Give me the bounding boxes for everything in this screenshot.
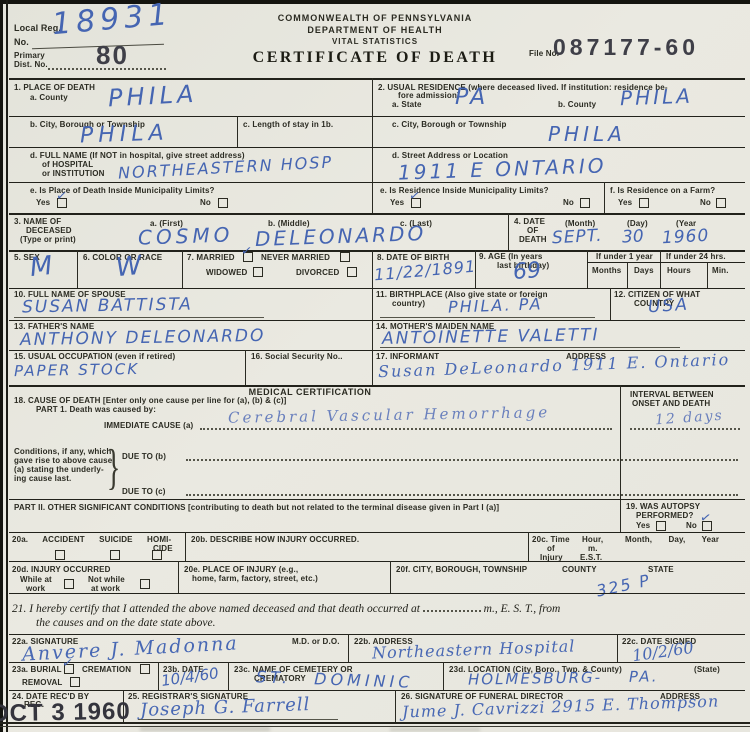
rule (372, 288, 373, 320)
primary-dist-number-stamp: 80 (96, 40, 129, 71)
residence-county-label: b. County (558, 100, 596, 110)
certify-statement-text-b: m., E. S. T., from (484, 603, 561, 615)
rule (9, 116, 372, 117)
injury-city-label: 20f. CITY, BOROUGH, TOWNSHIP (396, 565, 527, 575)
place-of-injury-label-2: home, farm, factory, street, etc.) (192, 574, 318, 584)
due-to-c-line (186, 494, 738, 496)
rule (660, 250, 661, 288)
part1-label: PART 1. Death was caused by: (36, 405, 156, 415)
department-line: DEPARTMENT OF HEALTH (307, 25, 442, 36)
birthplace-label-2: country) (392, 299, 425, 309)
yes-label: Yes (618, 198, 632, 208)
no-label: No (563, 198, 574, 208)
father-name-value: ANTHONY DELEONARDO (20, 326, 266, 350)
rule (158, 662, 159, 690)
rule (138, 719, 338, 720)
never-married-label: NEVER MARRIED (261, 253, 330, 263)
accident-suicide-homicide-label: 20a. ACCIDENT SUICIDE HOMI- (12, 535, 171, 545)
checkbox-while-at-work (64, 579, 74, 589)
last-name-value: DELEONARDO (255, 221, 427, 251)
name-of-deceased-label-3: (Type or print) (20, 235, 76, 245)
rule (373, 182, 745, 183)
checkbox-homicide (152, 550, 162, 560)
rule (9, 593, 745, 594)
rule (77, 250, 78, 288)
yes-label: Yes (36, 198, 50, 208)
dist-no-label: Dist. No. (14, 60, 48, 70)
rule (373, 116, 745, 117)
yes-label: Yes (636, 521, 650, 531)
checkbox-residence-municipality-no (580, 198, 590, 208)
rule (9, 690, 745, 691)
burial-label: 23a. BURIAL (12, 665, 62, 675)
no-label: No (686, 521, 697, 531)
min-label: Min. (712, 266, 729, 276)
rule (228, 662, 229, 690)
checkbox-place-municipality-no (218, 198, 228, 208)
immediate-cause-value: Cerebral Vascular Hemorrhage (228, 403, 550, 427)
place-county-value: PHILA (107, 80, 198, 113)
md-or-do-label: M.D. or D.O. (292, 637, 340, 647)
rule (9, 78, 745, 80)
months-label: Months (592, 266, 621, 276)
rule (348, 634, 349, 662)
rule (380, 347, 680, 348)
rule (443, 662, 444, 690)
no-label: No (200, 198, 211, 208)
color-or-race-value: W (115, 251, 144, 284)
rule (185, 532, 186, 561)
rule (9, 288, 745, 289)
rule (9, 662, 745, 663)
rule (372, 78, 373, 213)
rule (9, 320, 745, 321)
residence-municipality-question: e. Is Residence Inside Municipality Limi… (380, 186, 549, 196)
residence-farm-question: f. Is Residence on a Farm? (610, 186, 715, 196)
place-city-value: PHILA (80, 120, 169, 148)
checkbox-suicide (110, 550, 120, 560)
immediate-cause-label: IMMEDIATE CAUSE (a) (104, 421, 193, 431)
certify-statement-line-1: 21. I hereby certify that I attended the… (12, 600, 560, 617)
rule (245, 350, 246, 385)
cemetery-value: ST. DOMINIC (256, 667, 414, 691)
mother-maiden-name-value: ANTOINETTE VALETTI (382, 325, 600, 349)
rule (373, 147, 745, 148)
rule (610, 288, 611, 320)
residence-county-value: PHILA (620, 84, 694, 111)
rule (604, 182, 605, 213)
file-no-stamp: 087177-60 (553, 34, 699, 61)
rule (9, 213, 745, 215)
scan-left-edge (0, 0, 3, 732)
stamp-residue (140, 727, 270, 731)
checkbox-divorced (347, 267, 357, 277)
citizen-value: USA (647, 295, 689, 318)
age-value: 69 (512, 258, 542, 285)
yes-label: Yes (390, 198, 404, 208)
place-of-death-title: 1. PLACE OF DEATH (14, 83, 95, 93)
month-day-year-label: Month, Day, Year (625, 535, 719, 545)
date-of-death-label-3: DEATH (519, 235, 547, 245)
rule (617, 634, 618, 662)
conditions-note-4: ing cause last. (14, 474, 71, 484)
rule (9, 532, 745, 533)
cemetery-location-state-label: (State) (694, 665, 720, 675)
due-to-b-label: DUE TO (b) (122, 452, 166, 462)
registrar-signature-value: Joseph G. Farrell (140, 694, 311, 721)
immediate-cause-line (200, 428, 612, 430)
cremation-label: CREMATION (82, 665, 131, 675)
checkbox-accident (55, 550, 65, 560)
checkbox-cremation (140, 664, 150, 674)
spouse-name-value: SUSAN BATTISTA (22, 295, 193, 318)
describe-injury-label: 20b. DESCRIBE HOW INJURY OCCURRED. (191, 535, 359, 545)
rule (182, 250, 183, 288)
certify-statement-line-2: the causes and on the date state above. (36, 616, 216, 631)
birthplace-value: PHILA. PA (448, 294, 543, 316)
hours-label: Hours (667, 266, 691, 276)
checkbox-not-while-at-work (140, 579, 150, 589)
sex-value: M (28, 251, 53, 283)
checkmark: ✓ (240, 243, 253, 259)
under-1-year-label: If under 1 year (596, 252, 653, 262)
checkmark: ✓ (55, 188, 68, 204)
due-to-b-line (186, 459, 738, 461)
due-to-c-label: DUE TO (c) (122, 487, 166, 497)
checkbox-widowed (253, 267, 263, 277)
checkmark: ✓ (61, 655, 74, 671)
autopsy-label-2: PERFORMED? (636, 511, 694, 521)
rule (178, 561, 179, 593)
married-label: 7. MARRIED (187, 253, 235, 263)
interval-label-2: ONSET AND DEATH (632, 399, 710, 409)
death-year-value: 1960 (662, 226, 710, 248)
rule (0, 726, 750, 727)
occupation-value: PAPER STOCK (14, 360, 139, 380)
rule (508, 213, 509, 250)
ssn-label: 16. Social Security No.. (251, 352, 343, 362)
interval-line (630, 428, 740, 430)
local-reg-no-label: No. (14, 37, 29, 48)
length-of-stay-label: c. Length of stay in 1b. (243, 120, 333, 130)
rule (627, 262, 628, 288)
checkbox-removal (70, 677, 80, 687)
rule (237, 116, 238, 147)
rule (9, 499, 745, 500)
rule (14, 317, 264, 318)
brace-decoration: } (107, 436, 121, 499)
hospital-name-label-3: or INSTITUTION (42, 169, 105, 179)
under-24-hrs-label: If under 24 hrs. (666, 252, 726, 262)
rule (9, 350, 745, 351)
death-certificate-scan: Local Reg. No. 18931 Primary Dist. No. 8… (0, 0, 750, 732)
scan-left-edge-2 (6, 0, 8, 732)
injury-occurred-label: 20d. INJURY OCCURRED (12, 565, 111, 575)
death-month-value: SEPT. (552, 226, 604, 249)
time-of-death-written: 325 P (595, 570, 653, 600)
rule (9, 147, 372, 148)
part2-label: PART II. OTHER SIGNIFICANT CONDITIONS [c… (14, 503, 499, 513)
rule (0, 722, 750, 724)
rule (9, 182, 372, 183)
place-county-label: a. County (30, 93, 68, 103)
checkbox-farm-yes (639, 198, 649, 208)
rule (528, 532, 529, 561)
residence-city-value: PHILA (548, 122, 626, 146)
cemetery-location-value: HOLMESBURG- PA. (468, 667, 659, 688)
residence-city-label: c. City, Borough or Township (392, 120, 507, 130)
death-day-value: 30 (621, 226, 644, 247)
checkbox-never-married (340, 252, 350, 262)
rule (390, 561, 391, 593)
rule (587, 250, 588, 288)
rule (587, 262, 745, 263)
checkbox-autopsy-yes (656, 521, 666, 531)
residence-state-value: PA (455, 85, 488, 110)
vital-statistics-line: VITAL STATISTICS (332, 37, 418, 47)
rule (9, 385, 745, 387)
first-name-value: COSMO (138, 222, 234, 249)
certify-statement-text-a: 21. I hereby certify that I attended the… (12, 603, 420, 615)
stamp-residue (390, 728, 480, 731)
divorced-label: DIVORCED (296, 268, 339, 278)
rule (395, 690, 396, 723)
rule (9, 561, 745, 562)
rule (380, 317, 595, 318)
rule (707, 262, 708, 288)
no-label: No (700, 198, 711, 208)
rule (9, 634, 745, 635)
widowed-label: WIDOWED (206, 268, 248, 278)
days-label: Days (634, 266, 654, 276)
rule (372, 320, 373, 350)
local-reg-number: 18931 (51, 0, 174, 42)
certificate-title: CERTIFICATE OF DEATH (253, 48, 498, 68)
residence-state-label: a. State (392, 100, 422, 110)
certify-time-dotted-gap (423, 600, 481, 612)
injury-county-label: COUNTY (562, 565, 597, 575)
rule (372, 350, 373, 385)
checkbox-farm-no (716, 198, 726, 208)
injury-state-label: STATE (648, 565, 674, 575)
interval-value: 12 days (655, 408, 725, 429)
removal-label: REMOVAL (22, 678, 62, 688)
commonwealth-line: COMMONWEALTH OF PENNSYLVANIA (278, 13, 473, 24)
